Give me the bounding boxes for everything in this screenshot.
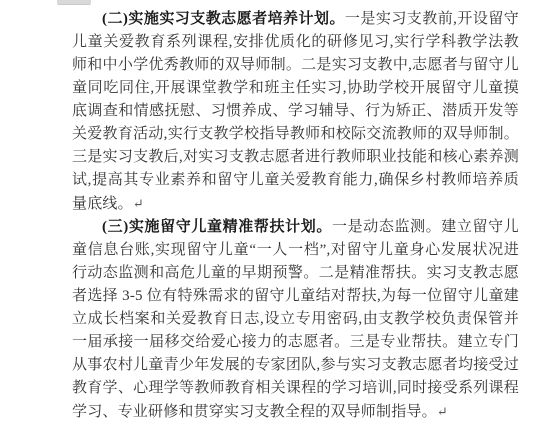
paragraph-heading: (二)实施实习支教志愿者培养计划。 <box>102 11 345 27</box>
paragraph: (三)实施留守儿童精准帮扶计划。一是动态监测。建立留守儿童信息台账,实现留守儿童… <box>72 216 519 424</box>
paragraph-body: 一是实习支教前,开设留守儿童关爱教育系列课程,安排优质化的研修见习,实行学科教学… <box>72 11 519 212</box>
paragraph-return-mark-icon: ↵ <box>437 404 448 419</box>
paragraph-heading: (三)实施留守儿童精准帮扶计划。 <box>102 219 332 235</box>
document-text-block: (二)实施实习支教志愿者培养计划。一是实习支教前,开设留守儿童关爱教育系列课程,… <box>72 8 519 424</box>
document-page: (二)实施实习支教志愿者培养计划。一是实习支教前,开设留守儿童关爱教育系列课程,… <box>0 0 550 430</box>
paragraph: (二)实施实习支教志愿者培养计划。一是实习支教前,开设留守儿童关爱教育系列课程,… <box>72 8 519 216</box>
paragraph-return-mark-icon: ↵ <box>133 196 144 211</box>
paragraph-body: 一是动态监测。建立留守儿童信息台账,实现留守儿童“一人一档”,对留守儿童身心发展… <box>72 219 519 420</box>
scrollbar-thumb-fragment <box>57 0 91 5</box>
